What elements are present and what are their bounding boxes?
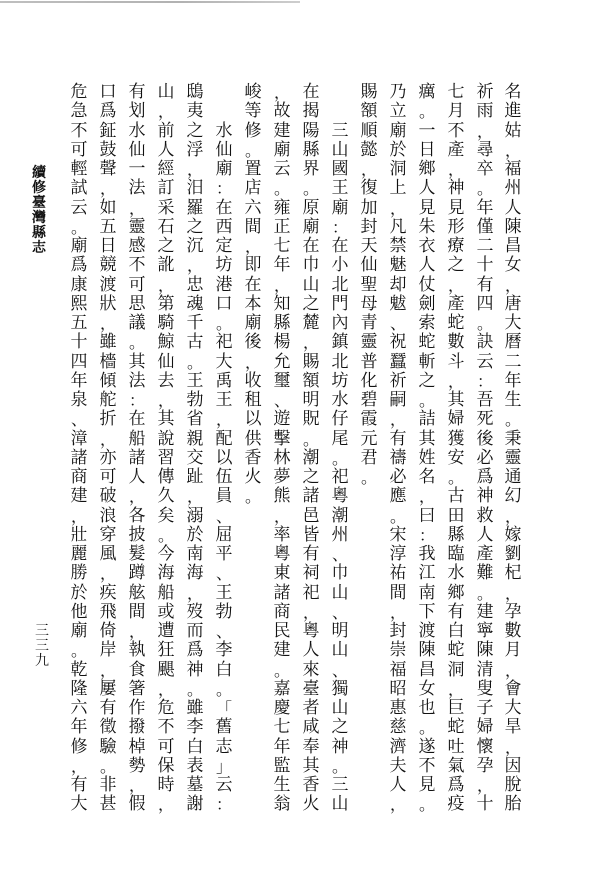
glyph: ， xyxy=(155,391,177,410)
glyph: 之 xyxy=(300,468,322,487)
glyph: 名 xyxy=(416,468,438,487)
glyph: 矣 xyxy=(155,507,177,526)
glyph: 封 xyxy=(358,218,380,237)
glyph: 、 xyxy=(68,410,90,429)
glyph: 遭 xyxy=(155,622,177,641)
glyph: 。 xyxy=(445,468,467,487)
glyph: 魅 xyxy=(387,256,409,275)
glyph: 尋 xyxy=(474,141,496,160)
glyph: 親 xyxy=(184,430,206,449)
glyph: 產 xyxy=(474,545,496,564)
glyph: 披 xyxy=(126,526,148,545)
glyph: 漳 xyxy=(68,430,90,449)
glyph: 夢 xyxy=(271,468,293,487)
glyph: 口 xyxy=(213,295,235,314)
glyph: 鎮 xyxy=(329,333,351,352)
glyph: ， xyxy=(213,410,235,429)
glyph: 田 xyxy=(445,507,467,526)
glyph: 員 xyxy=(213,487,235,506)
glyph: 。 xyxy=(68,218,90,237)
glyph: 云 xyxy=(68,199,90,218)
glyph: 有 xyxy=(387,430,409,449)
glyph: 第 xyxy=(155,295,177,314)
glyph: 古 xyxy=(184,333,206,352)
glyph: ， xyxy=(502,276,524,295)
glyph: 粵 xyxy=(329,487,351,506)
glyph: 霞 xyxy=(358,410,380,429)
glyph: 千 xyxy=(184,314,206,333)
glyph: 商 xyxy=(271,603,293,622)
glyph: 巾 xyxy=(300,256,322,275)
glyph: ， xyxy=(97,564,119,583)
glyph: 北 xyxy=(329,353,351,372)
glyph: 訣 xyxy=(474,333,496,352)
glyph: 坊 xyxy=(329,372,351,391)
glyph: 七 xyxy=(445,83,467,102)
glyph: 在 xyxy=(126,410,148,429)
text-column: ，故建廟云。雍正七年，知縣楊允璽、遊擊林夢熊，率粵東諸商民建。嘉慶七年監生翁 xyxy=(271,83,293,815)
glyph: 曆 xyxy=(502,333,524,352)
glyph: 鯨 xyxy=(155,333,177,352)
glyph: 破 xyxy=(97,487,119,506)
glyph: 必 xyxy=(474,449,496,468)
glyph: 產 xyxy=(445,295,467,314)
glyph: 坊 xyxy=(213,256,235,275)
glyph: 故 xyxy=(271,102,293,121)
glyph: 狂 xyxy=(155,641,177,660)
glyph: 建 xyxy=(68,487,90,506)
glyph: 香 xyxy=(242,449,264,468)
glyph: 賜 xyxy=(300,353,322,372)
glyph: 有 xyxy=(126,83,148,102)
glyph: 祈 xyxy=(474,83,496,102)
glyph: 之 xyxy=(445,256,467,275)
glyph: 陽 xyxy=(300,122,322,141)
glyph: 志 xyxy=(30,241,48,256)
glyph: 小 xyxy=(329,256,351,275)
glyph: 在 xyxy=(329,237,351,256)
glyph: 山 xyxy=(300,276,322,295)
glyph: 其 xyxy=(445,391,467,410)
glyph: 港 xyxy=(213,276,235,295)
glyph: 麓 xyxy=(300,314,322,333)
glyph: ， xyxy=(184,256,206,275)
glyph: 「 xyxy=(213,699,235,718)
glyph: 魂 xyxy=(184,295,206,314)
glyph: 檣 xyxy=(97,353,119,372)
glyph: 四 xyxy=(474,295,496,314)
glyph: 懷 xyxy=(474,738,496,757)
glyph: 懿 xyxy=(358,141,380,160)
glyph: ， xyxy=(97,430,119,449)
glyph: 仙 xyxy=(126,141,148,160)
glyph: 祀 xyxy=(329,468,351,487)
glyph: 有 xyxy=(474,276,496,295)
glyph: 交 xyxy=(184,449,206,468)
glyph: 不 xyxy=(445,122,467,141)
glyph: 前 xyxy=(155,122,177,141)
glyph: 慈 xyxy=(387,718,409,737)
glyph: 青 xyxy=(358,314,380,333)
glyph: 療 xyxy=(445,237,467,256)
glyph: 唐 xyxy=(502,295,524,314)
glyph: 舵 xyxy=(97,391,119,410)
glyph: 修 xyxy=(242,122,264,141)
glyph: 後 xyxy=(474,430,496,449)
glyph: 水 xyxy=(126,122,148,141)
text-column: 水仙廟：在西定坊港口。祀大禹王，配以伍員、屈平、王勃、李白。「舊志」云： xyxy=(213,122,235,815)
glyph: ， xyxy=(271,507,293,526)
text-column: 鴟夷之浮，汨羅之沉，忠魂千古。王勃省親交趾，溺於南海，歿而爲神。雖李白表墓謝 xyxy=(184,83,206,815)
glyph: 修 xyxy=(68,738,90,757)
book-page: 名進姑，福州人陳昌女，唐大曆二年生。秉靈通幻，嫁劉杞，孕數月，會大旱，因脫胎祈雨… xyxy=(0,0,600,881)
glyph: 上 xyxy=(387,179,409,198)
glyph: ， xyxy=(155,795,177,814)
glyph: 君 xyxy=(358,449,380,468)
glyph: 收 xyxy=(242,372,264,391)
glyph: 之 xyxy=(300,295,322,314)
glyph: 大 xyxy=(502,314,524,333)
glyph: 、 xyxy=(213,564,235,583)
glyph: 狀 xyxy=(97,295,119,314)
glyph: 劉 xyxy=(502,545,524,564)
glyph: 禁 xyxy=(387,237,409,256)
glyph: 蛇 xyxy=(445,641,467,660)
glyph: 驗 xyxy=(97,738,119,757)
glyph: 縣 xyxy=(30,226,48,241)
glyph: 杞 xyxy=(502,564,524,583)
glyph: 如 xyxy=(97,199,119,218)
glyph: 、 xyxy=(329,603,351,622)
glyph: 鄉 xyxy=(445,584,467,603)
glyph: 仙 xyxy=(358,256,380,275)
glyph: 而 xyxy=(184,622,206,641)
glyph: 其 xyxy=(416,430,438,449)
glyph: 浮 xyxy=(184,141,206,160)
glyph: 七 xyxy=(271,237,293,256)
glyph: 間 xyxy=(242,218,264,237)
glyph: 難 xyxy=(474,564,496,583)
glyph: 嫁 xyxy=(502,526,524,545)
glyph: 明 xyxy=(329,622,351,641)
glyph: 之 xyxy=(329,718,351,737)
glyph: 。 xyxy=(68,641,90,660)
glyph: 表 xyxy=(184,757,206,776)
glyph: 蛇 xyxy=(416,333,438,352)
glyph: 臨 xyxy=(445,545,467,564)
glyph: 揭 xyxy=(300,102,322,121)
glyph: 年 xyxy=(271,738,293,757)
glyph: 習 xyxy=(155,449,177,468)
glyph: 二 xyxy=(502,353,524,372)
glyph: 人 xyxy=(300,641,322,660)
glyph: 靈 xyxy=(502,449,524,468)
glyph: 其 xyxy=(126,353,148,372)
glyph: ， xyxy=(155,276,177,295)
glyph: 。 xyxy=(271,179,293,198)
glyph: 經 xyxy=(155,160,177,179)
glyph: 十 xyxy=(474,256,496,275)
glyph: 、 xyxy=(213,622,235,641)
glyph: 三 xyxy=(33,624,51,639)
glyph: 昌 xyxy=(502,237,524,256)
glyph: 續 xyxy=(30,166,48,181)
glyph: 福 xyxy=(387,661,409,680)
glyph: 安 xyxy=(445,449,467,468)
glyph: 伍 xyxy=(213,468,235,487)
glyph: 食 xyxy=(126,661,148,680)
glyph: 南 xyxy=(416,584,438,603)
glyph: 我 xyxy=(416,545,438,564)
glyph: 人 xyxy=(416,179,438,198)
glyph: 西 xyxy=(213,218,235,237)
glyph: 知 xyxy=(271,295,293,314)
glyph: 日 xyxy=(97,237,119,256)
glyph: ， xyxy=(184,160,206,179)
glyph: 勃 xyxy=(213,603,235,622)
glyph: 年 xyxy=(502,372,524,391)
glyph: 陳 xyxy=(474,641,496,660)
glyph: 巾 xyxy=(329,564,351,583)
glyph: 於 xyxy=(68,584,90,603)
glyph: 祈 xyxy=(387,372,409,391)
glyph: 建 xyxy=(271,641,293,660)
glyph: 甚 xyxy=(97,795,119,814)
glyph: ， xyxy=(502,507,524,526)
page-number: 三三九 三三九 xyxy=(33,624,51,669)
glyph: 崇 xyxy=(387,641,409,660)
glyph: ， xyxy=(97,179,119,198)
glyph: 。 xyxy=(213,680,235,699)
glyph: 嗣 xyxy=(387,391,409,410)
glyph: 划 xyxy=(126,102,148,121)
glyph: 古 xyxy=(445,487,467,506)
glyph: 人 xyxy=(416,256,438,275)
glyph: 其 xyxy=(300,757,322,776)
glyph: 產 xyxy=(445,141,467,160)
glyph: 祝 xyxy=(387,333,409,352)
glyph: 之 xyxy=(184,218,206,237)
glyph: 蛇 xyxy=(445,314,467,333)
glyph: 熙 xyxy=(68,295,90,314)
glyph: ， xyxy=(242,237,264,256)
glyph: 鼓 xyxy=(97,141,119,160)
glyph: 疫 xyxy=(445,795,467,814)
glyph: 舊 xyxy=(213,718,235,737)
glyph: 墓 xyxy=(184,776,206,795)
glyph: 生 xyxy=(271,776,293,795)
glyph: 乾 xyxy=(68,661,90,680)
glyph: 立 xyxy=(387,102,409,121)
glyph: 淳 xyxy=(387,545,409,564)
glyph: 商 xyxy=(68,468,90,487)
glyph: 爲 xyxy=(184,641,206,660)
glyph: 九 xyxy=(33,654,51,669)
glyph: 。 xyxy=(474,179,496,198)
glyph: 浪 xyxy=(97,507,119,526)
glyph: 邑 xyxy=(300,507,322,526)
glyph: 諸 xyxy=(68,449,90,468)
glyph: ， xyxy=(300,333,322,352)
glyph: 壯 xyxy=(68,526,90,545)
glyph: 叟 xyxy=(474,680,496,699)
glyph: 。 xyxy=(184,353,206,372)
glyph: 試 xyxy=(68,179,90,198)
glyph: 嘉 xyxy=(271,680,293,699)
glyph: ： xyxy=(213,795,235,814)
glyph: 王 xyxy=(184,372,206,391)
glyph: 隆 xyxy=(68,680,90,699)
glyph: 。 xyxy=(242,487,264,506)
glyph: 州 xyxy=(329,526,351,545)
glyph: 六 xyxy=(68,699,90,718)
text-column: 癘。一日鄉人見朱衣人仗劍索蛇斬之。詰其姓名，曰：我江南下渡陳昌女也。遂不見。 xyxy=(416,83,438,815)
glyph: ， xyxy=(97,314,119,333)
glyph: 奉 xyxy=(300,738,322,757)
glyph: 福 xyxy=(502,160,524,179)
glyph: 久 xyxy=(155,487,177,506)
glyph: ， xyxy=(97,661,119,680)
glyph: 昌 xyxy=(416,661,438,680)
glyph: 去 xyxy=(155,372,177,391)
glyph: 廟 xyxy=(213,160,235,179)
glyph: 。 xyxy=(329,757,351,776)
text-column: 危急不可輕試云。廟爲康熙五十四年泉、漳諸商建，壯麗勝於他廟。乾隆六年修，有大 xyxy=(68,83,90,815)
glyph: 采 xyxy=(155,199,177,218)
glyph: 保 xyxy=(155,757,177,776)
glyph: 江 xyxy=(416,564,438,583)
glyph: 母 xyxy=(358,295,380,314)
glyph: 危 xyxy=(68,83,90,102)
glyph: ， xyxy=(387,795,409,814)
glyph: 禱 xyxy=(387,449,409,468)
glyph: 非 xyxy=(97,776,119,795)
glyph: 十 xyxy=(474,795,496,814)
glyph: 二 xyxy=(474,237,496,256)
text-column: 祈雨，尋卒。年僅二十有四。訣云：吾死後必爲神救人產難。建寧陳清叟子婦懷孕，十 xyxy=(474,83,496,815)
glyph: 斗 xyxy=(445,353,467,372)
glyph: 危 xyxy=(155,699,177,718)
glyph: 於 xyxy=(387,141,409,160)
glyph: 僅 xyxy=(474,218,496,237)
glyph: ： xyxy=(329,218,351,237)
glyph: 額 xyxy=(300,372,322,391)
glyph: 李 xyxy=(213,641,235,660)
glyph: 配 xyxy=(213,430,235,449)
glyph: 建 xyxy=(474,603,496,622)
glyph: 日 xyxy=(416,141,438,160)
glyph: ， xyxy=(445,160,467,179)
glyph: 歿 xyxy=(184,603,206,622)
glyph: ， xyxy=(445,276,467,295)
glyph: 靈 xyxy=(126,218,148,237)
glyph: 水 xyxy=(213,122,235,141)
glyph: 白 xyxy=(184,738,206,757)
glyph: 生 xyxy=(502,391,524,410)
glyph: 大 xyxy=(502,699,524,718)
glyph: 徵 xyxy=(97,718,119,737)
glyph: 雖 xyxy=(97,333,119,352)
glyph: 他 xyxy=(68,603,90,622)
glyph: 遊 xyxy=(271,410,293,429)
glyph: 水 xyxy=(445,564,467,583)
glyph: 傳 xyxy=(155,468,177,487)
glyph: 濟 xyxy=(387,738,409,757)
glyph: ， xyxy=(358,160,380,179)
glyph: 因 xyxy=(502,757,524,776)
glyph: ， xyxy=(502,738,524,757)
glyph: 楊 xyxy=(271,333,293,352)
glyph: 門 xyxy=(329,295,351,314)
glyph: ， xyxy=(126,776,148,795)
glyph: 有 xyxy=(68,776,90,795)
glyph: 飛 xyxy=(97,603,119,622)
glyph: 鄉 xyxy=(416,160,438,179)
glyph: 說 xyxy=(155,430,177,449)
glyph: 供 xyxy=(242,430,264,449)
glyph: 一 xyxy=(416,122,438,141)
glyph: 潮 xyxy=(329,507,351,526)
glyph: 口 xyxy=(97,83,119,102)
glyph: 髮 xyxy=(126,545,148,564)
glyph: 獨 xyxy=(329,680,351,699)
glyph: 撥 xyxy=(126,718,148,737)
glyph: 聖 xyxy=(358,276,380,295)
glyph: 臺 xyxy=(300,680,322,699)
glyph: 汨 xyxy=(184,179,206,198)
glyph: 凡 xyxy=(387,218,409,237)
glyph: 箸 xyxy=(126,680,148,699)
glyph: ， xyxy=(126,199,148,218)
glyph: ， xyxy=(387,410,409,429)
glyph: 名 xyxy=(502,83,524,102)
text-column: 口爲鉦鼓聲，如五日競渡狀，雖檣傾舵折，亦可破浪穿風，疾飛倚岸，屢有徵驗。非甚 xyxy=(97,83,119,815)
glyph: 訂 xyxy=(155,179,177,198)
glyph: 爲 xyxy=(97,102,119,121)
glyph: 店 xyxy=(242,179,264,198)
glyph: 在 xyxy=(300,83,322,102)
glyph: 不 xyxy=(126,256,148,275)
glyph: ， xyxy=(474,122,496,141)
glyph: 惠 xyxy=(387,699,409,718)
glyph: 斬 xyxy=(416,353,438,372)
glyph: 仗 xyxy=(416,276,438,295)
glyph: 臺 xyxy=(30,196,48,211)
glyph: 見 xyxy=(416,199,438,218)
glyph: 皆 xyxy=(300,526,322,545)
glyph: 界 xyxy=(300,160,322,179)
glyph: 以 xyxy=(213,449,235,468)
glyph: 內 xyxy=(329,314,351,333)
glyph: 天 xyxy=(358,237,380,256)
glyph: ： xyxy=(474,372,496,391)
glyph: 云 xyxy=(213,776,235,795)
text-column: 賜額順懿，復加封天仙聖母青靈普化碧霞元君。 xyxy=(358,83,380,487)
glyph: 之 xyxy=(416,372,438,391)
glyph: 乃 xyxy=(387,83,409,102)
glyph: ， xyxy=(68,507,90,526)
glyph: ， xyxy=(184,584,206,603)
glyph: 明 xyxy=(300,391,322,410)
glyph: 夫 xyxy=(387,757,409,776)
glyph: 。 xyxy=(474,314,496,333)
glyph: ， xyxy=(416,487,438,506)
glyph: 元 xyxy=(358,430,380,449)
glyph: 。 xyxy=(416,718,438,737)
glyph: 婦 xyxy=(474,718,496,737)
glyph: 感 xyxy=(126,237,148,256)
glyph: 五 xyxy=(68,314,90,333)
